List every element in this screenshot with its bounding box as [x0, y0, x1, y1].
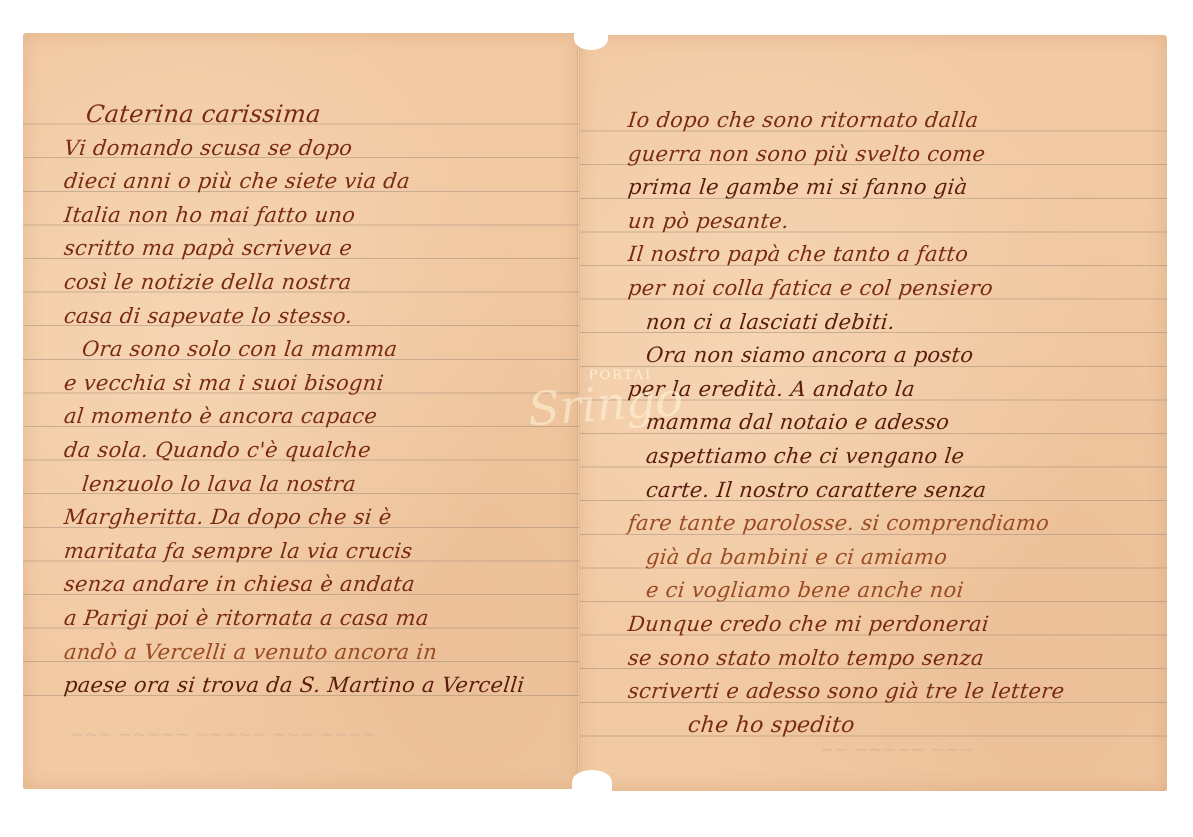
text-line: Vi domando scusa se dopo — [62, 132, 576, 166]
text-line: Italia non ho mai fatto uno — [62, 199, 576, 233]
text-line: Margheritta. Da dopo che si è — [62, 501, 576, 535]
text-line: Ora non siamo ancora a posto — [626, 339, 1160, 373]
right-page-text: Io dopo che sono ritornato dalla guerra … — [628, 104, 1158, 742]
text-line: così le notizie della nostra — [62, 266, 576, 300]
text-line: per la eredità. A andato la — [626, 373, 1160, 407]
text-line: Dunque credo che mi perdonerai — [626, 608, 1160, 642]
ink-showthrough-left: ~~~ ~~~~~ ~~~~~ ~~~ ~~~~ — [70, 725, 377, 745]
text-line: se sono stato molto tempo senza — [626, 642, 1160, 676]
signoff: che ho spedito — [626, 709, 1160, 743]
text-line: aspettiamo che ci vengano le — [626, 440, 1160, 474]
salutation: Caterina carissima — [62, 98, 576, 132]
text-line: al momento è ancora capace — [62, 400, 576, 434]
left-page-text: Caterina carissima Vi domando scusa se d… — [64, 98, 574, 703]
ink-showthrough-right: ~~ ~~~~~ ~~~ — [820, 740, 973, 760]
text-line: Il nostro papà che tanto a fatto — [626, 238, 1160, 272]
text-line: a Parigi poi è ritornata a casa ma — [62, 602, 576, 636]
text-line: un pò pesante. — [626, 205, 1160, 239]
text-line: andò a Vercelli a venuto ancora in — [62, 636, 576, 670]
text-line: Io dopo che sono ritornato dalla — [626, 104, 1160, 138]
text-line: paese ora si trova da S. Martino a Verce… — [62, 669, 576, 703]
text-line: casa di sapevate lo stesso. — [62, 300, 576, 334]
text-line: Ora sono solo con la mamma — [62, 333, 576, 367]
text-line: e ci vogliamo bene anche noi — [626, 574, 1160, 608]
text-line: fare tante parolosse. si comprendiamo — [626, 507, 1160, 541]
text-line: scriverti e adesso sono già tre le lette… — [626, 675, 1160, 709]
text-line: mamma dal notaio e adesso — [626, 406, 1160, 440]
fold-tear-top — [574, 28, 608, 50]
text-line: già da bambini e ci amiamo — [626, 541, 1160, 575]
text-line: non ci a lasciati debiti. — [626, 306, 1160, 340]
text-line: senza andare in chiesa è andata — [62, 568, 576, 602]
text-line: guerra non sono più svelto come — [626, 138, 1160, 172]
text-line: per noi colla fatica e col pensiero — [626, 272, 1160, 306]
text-line: scritto ma papà scriveva e — [62, 232, 576, 266]
text-line: prima le gambe mi si fanno già — [626, 171, 1160, 205]
text-line: dieci anni o più che siete via da — [62, 165, 576, 199]
text-line: e vecchia sì ma i suoi bisogni — [62, 367, 576, 401]
fold-tear-bottom — [572, 770, 612, 794]
text-line: maritata fa sempre la via crucis — [62, 535, 576, 569]
text-line: carte. Il nostro carattere senza — [626, 474, 1160, 508]
text-line: da sola. Quando c'è qualche — [62, 434, 576, 468]
text-line: lenzuolo lo lava la nostra — [62, 468, 576, 502]
center-fold — [577, 33, 580, 791]
